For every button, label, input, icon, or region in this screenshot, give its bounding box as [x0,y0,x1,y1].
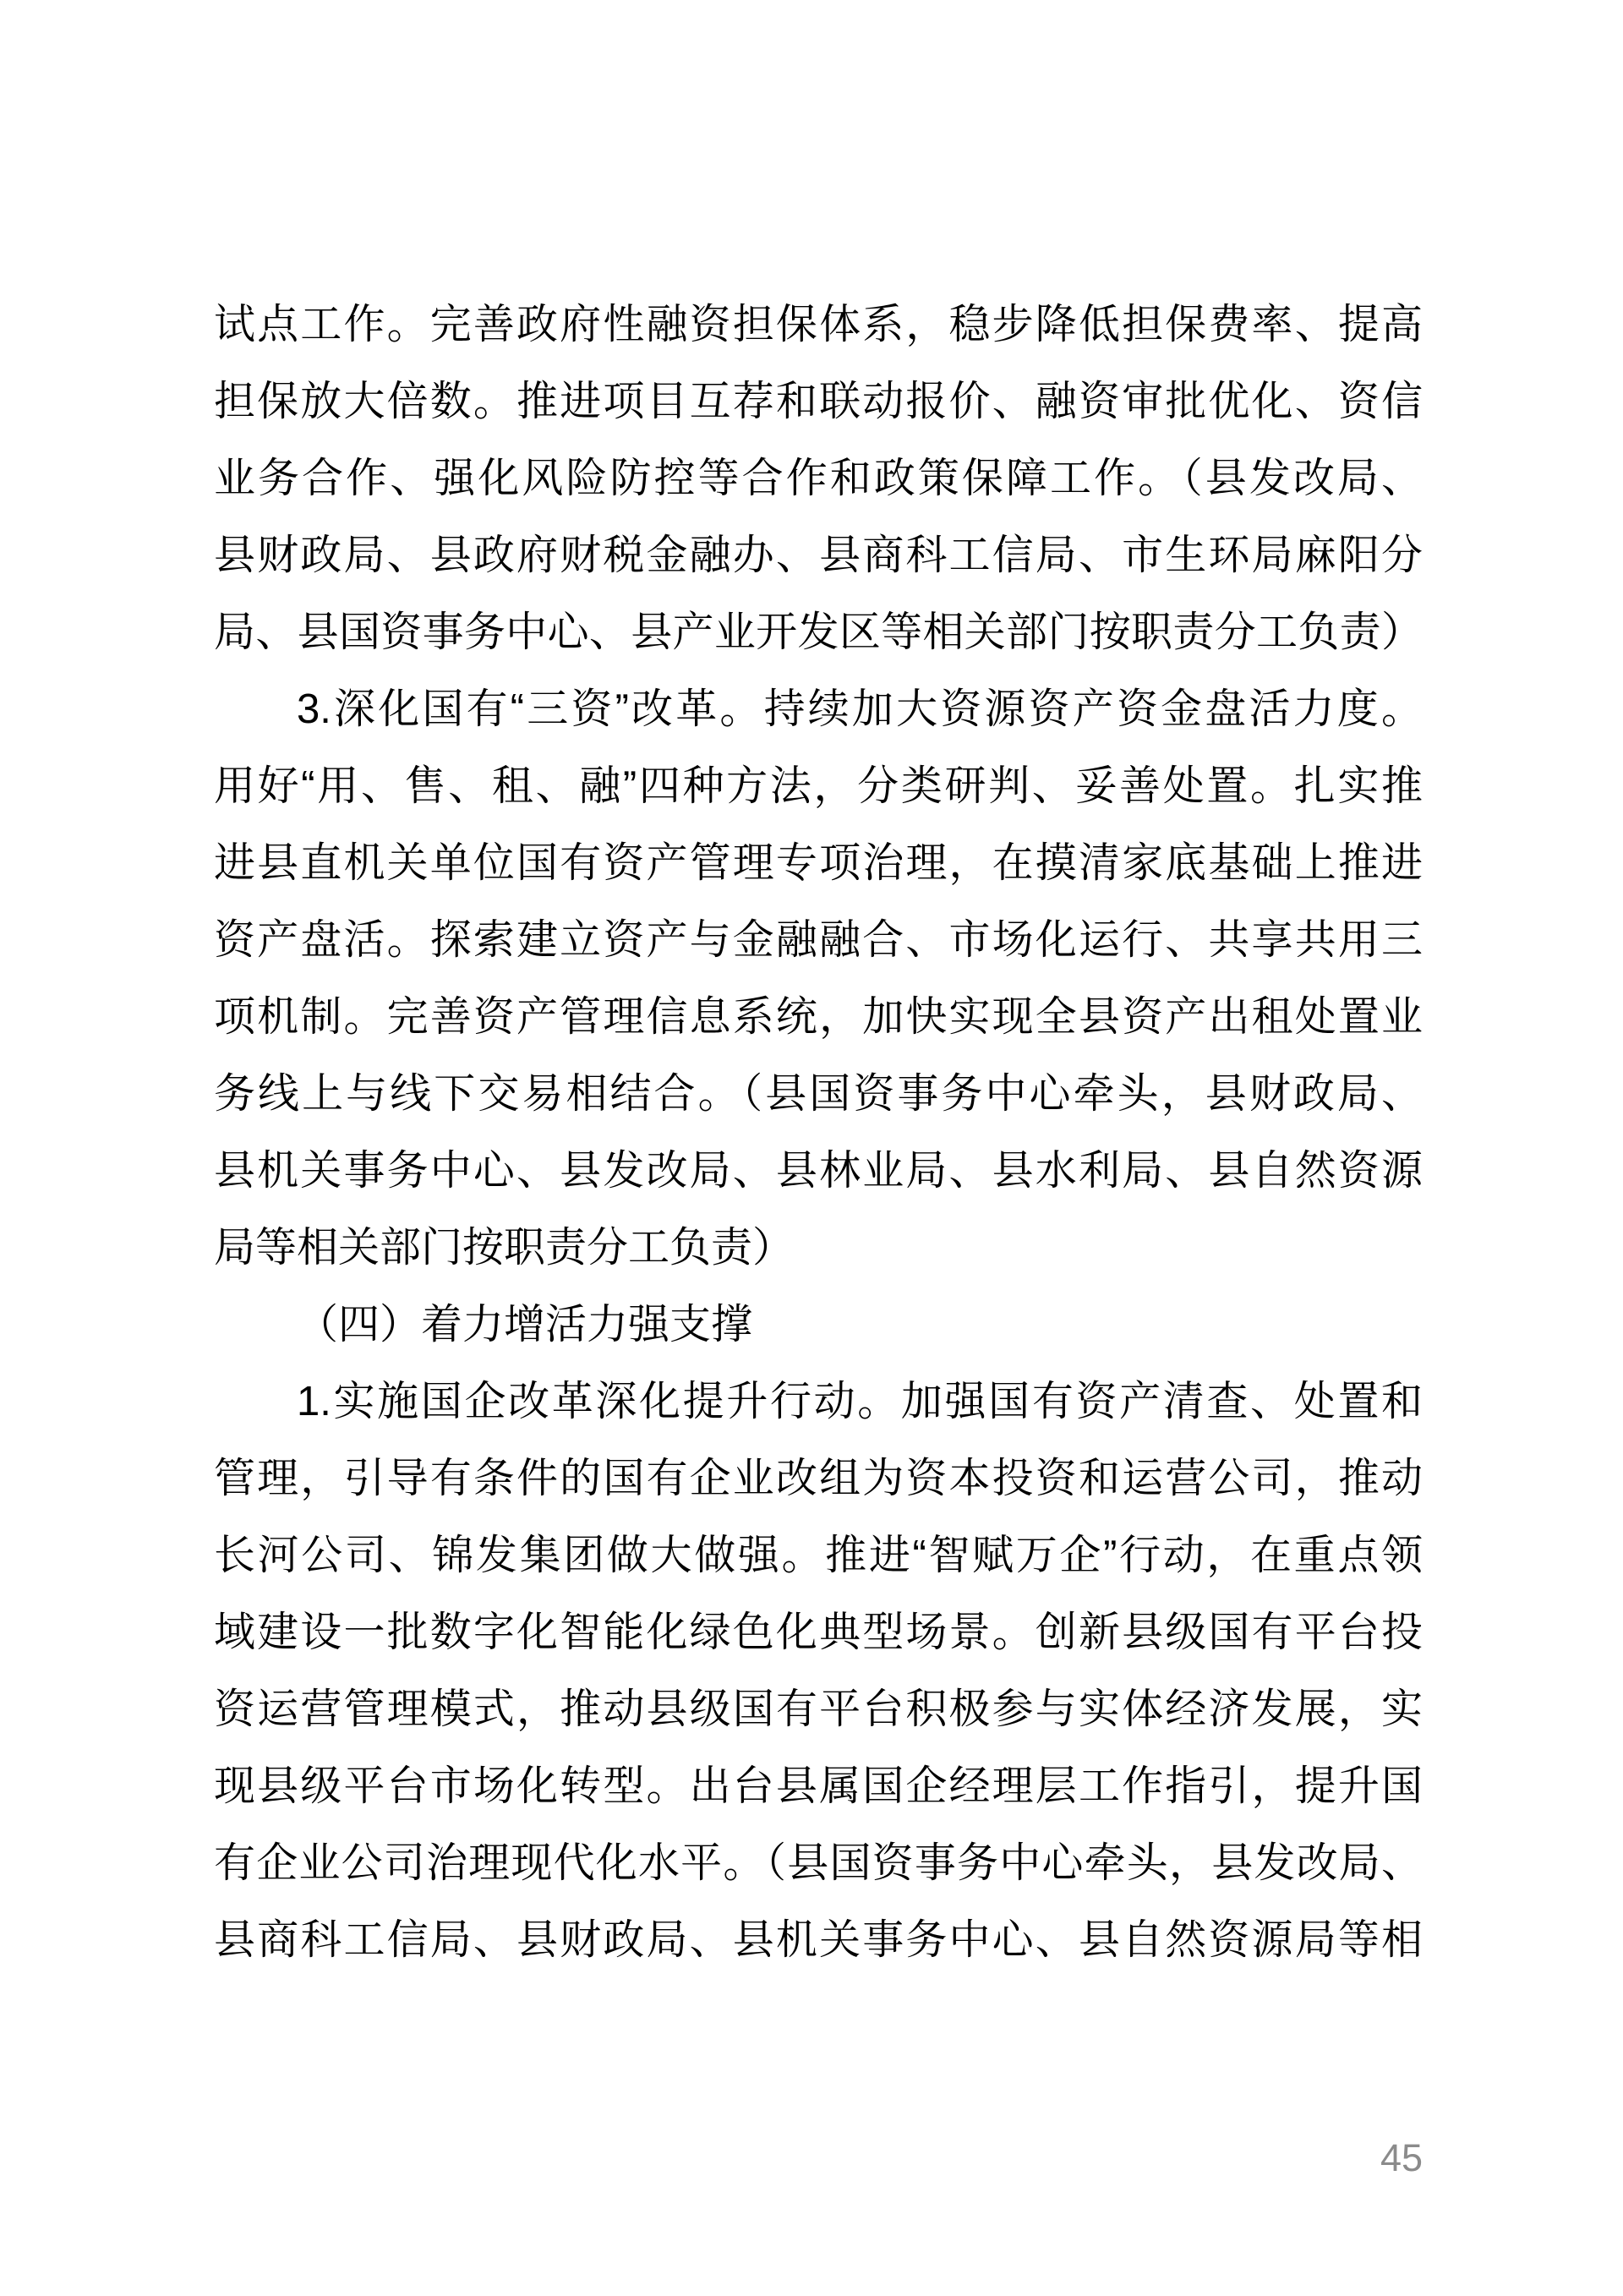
page-number: 45 [1380,2136,1423,2179]
section-heading: （四）着力增活力强支撑 [214,1287,1423,1364]
text-line: 业务合作、强化风险防控等合作和政策保障工作。（县发改局、 [214,440,1423,517]
text-line: 务线上与线下交易相结合。（县国资事务中心牵头，县财政局、 [214,1056,1423,1133]
text-line: 县财政局、县政府财税金融办、县商科工信局、市生环局麻阳分 [214,517,1423,594]
text-line: 担保放大倍数。推进项目互荐和联动报价、融资审批优化、资信 [214,364,1423,440]
document-page: 试点工作。完善政府性融资担保体系，稳步降低担保费率、提高 担保放大倍数。推进项目… [0,0,1623,2296]
text-line: 进县直机关单位国有资产管理专项治理，在摸清家底基础上推进 [214,825,1423,902]
text-line: 有企业公司治理现代化水平。（县国资事务中心牵头，县发改局、 [214,1825,1423,1902]
text-line: 域建设一批数字化智能化绿色化典型场景。创新县级国有平台投 [214,1594,1423,1671]
text-line-paragraph-start: 3.深化国有“三资”改革。持续加大资源资产资金盘活力度。 [214,671,1423,748]
text-line-paragraph-start: 1.实施国企改革深化提升行动。加强国有资产清查、处置和 [214,1364,1423,1440]
page-footer: 45 [214,2137,1423,2179]
text-line: 资运营管理模式，推动县级国有平台积极参与实体经济发展，实 [214,1671,1423,1748]
text-line: 项机制。完善资产管理信息系统，加快实现全县资产出租处置业 [214,979,1423,1056]
document-body: 试点工作。完善政府性融资担保体系，稳步降低担保费率、提高 担保放大倍数。推进项目… [214,287,1423,1979]
text-line: 管理，引导有条件的国有企业改组为资本投资和运营公司，推动 [214,1440,1423,1517]
text-line: 县商科工信局、县财政局、县机关事务中心、县自然资源局等相 [214,1902,1423,1979]
text-line-paragraph-end: 局等相关部门按职责分工负责） [214,1210,1423,1287]
text-line: 长河公司、锦发集团做大做强。推进“智赋万企”行动，在重点领 [214,1517,1423,1594]
text-line: 局、县国资事务中心、县产业开发区等相关部门按职责分工负责） [214,594,1423,671]
text-line: 县机关事务中心、县发改局、县林业局、县水利局、县自然资源 [214,1133,1423,1210]
text-line: 现县级平台市场化转型。出台县属国企经理层工作指引，提升国 [214,1748,1423,1825]
text-line: 试点工作。完善政府性融资担保体系，稳步降低担保费率、提高 [214,287,1423,364]
text-line: 用好“用、售、租、融”四种方法，分类研判、妥善处置。扎实推 [214,748,1423,825]
text-line: 资产盘活。探索建立资产与金融融合、市场化运行、共享共用三 [214,902,1423,979]
